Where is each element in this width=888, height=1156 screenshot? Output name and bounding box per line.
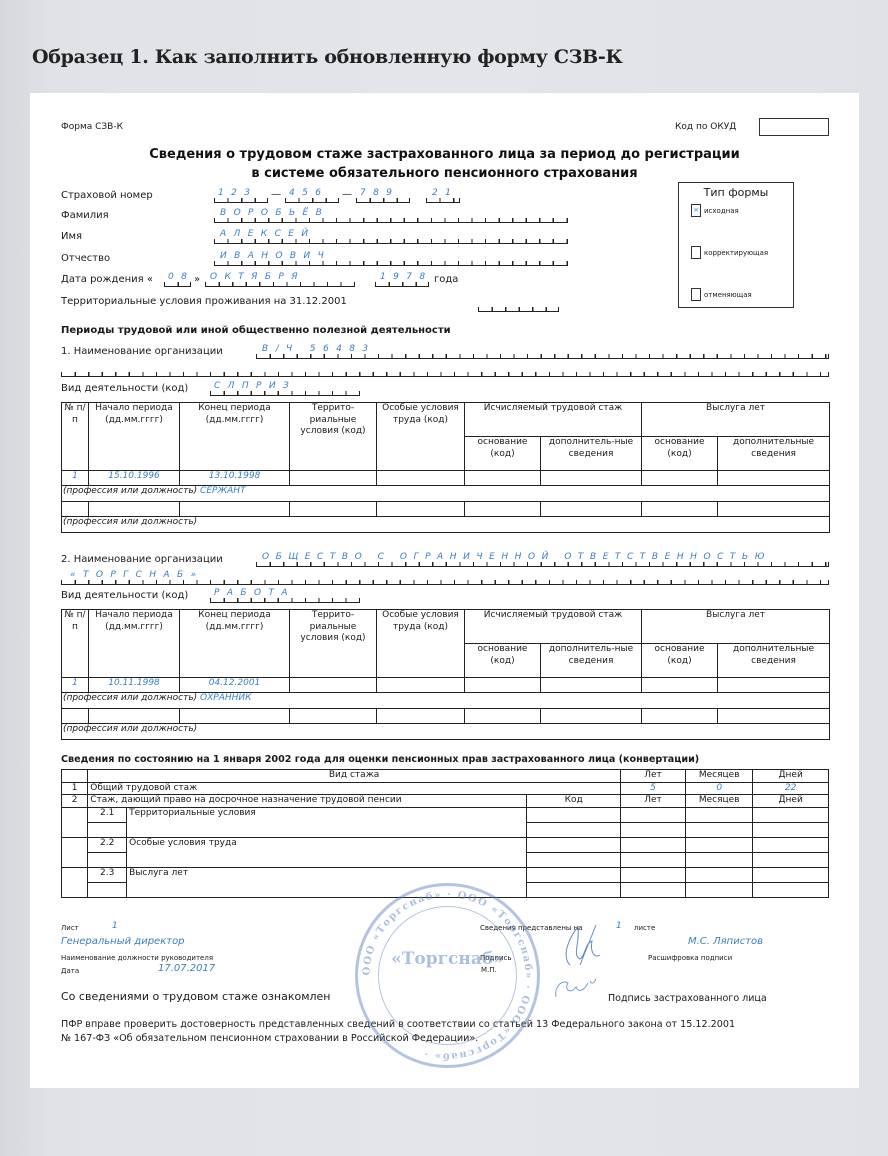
- org2-activity-label: Вид деятельности (код): [61, 590, 188, 601]
- insurance-number-label: Страховой номер: [61, 190, 153, 201]
- table-row: [62, 709, 830, 724]
- insurance-number-part-2: 456: [289, 188, 328, 198]
- table-row: 2.3 Выслуга лет: [62, 867, 829, 882]
- insurance-number-part-3: 789: [360, 188, 399, 198]
- cell-num[interactable]: 1: [62, 471, 89, 486]
- cell-basis[interactable]: [465, 471, 541, 486]
- form-sheet: Форма СЗВ-К Код по ОКУД Сведения о трудо…: [30, 93, 859, 1088]
- table-row: 1 15.10.1996 13.10.1998: [62, 471, 830, 486]
- insurance-number-separator: —: [342, 189, 352, 200]
- subrow-num: 2.2: [88, 837, 127, 852]
- row-num: 1: [62, 782, 88, 795]
- profession-value: ОХРАННИК: [200, 693, 252, 703]
- signature-label: Подпись: [480, 954, 512, 962]
- header-seniority-basis: основание (код): [642, 437, 718, 471]
- header-num-empty: [62, 770, 88, 783]
- conversion-table: Вид стажа Лет Месяцев Дней 1 Общий трудо…: [61, 769, 829, 898]
- header-start: Начало периода (дд.мм.гггг): [89, 610, 180, 678]
- header-territorial: Террито-риальные условия (код): [290, 610, 377, 678]
- date-label: Дата: [61, 967, 79, 975]
- birth-year-suffix: года: [434, 274, 458, 285]
- cell-code[interactable]: [527, 882, 621, 897]
- cell-end[interactable]: 04.12.2001: [180, 678, 290, 693]
- position-value[interactable]: Генеральный директор: [61, 936, 185, 947]
- org1-name-value: В/Ч 56483: [262, 344, 375, 354]
- header-num: № п/п: [62, 610, 89, 678]
- table-row: 2 Стаж, дающий право на досрочное назнач…: [62, 795, 829, 808]
- subrow-num: 2.1: [88, 807, 127, 822]
- cell-code[interactable]: [527, 852, 621, 867]
- cell-seniority-additional[interactable]: [718, 678, 830, 693]
- page-heading: Образец 1. Как заполнить обновленную фор…: [32, 46, 622, 68]
- row-num-empty: [62, 867, 88, 897]
- insured-signature-icon: [550, 973, 600, 1003]
- profession-row: (профессия или должность) ОХРАННИК: [62, 693, 830, 709]
- profession-label: (профессия или должность): [63, 517, 197, 527]
- subrow-label: Территориальные условия: [127, 807, 527, 837]
- cell-basis[interactable]: [465, 678, 541, 693]
- subrow-num-empty: [88, 882, 127, 897]
- header-calc-stage: Исчисляемый трудовой стаж: [465, 403, 642, 437]
- signer-name[interactable]: М.С. Ляпистов: [688, 936, 763, 947]
- org1-activity-label: Вид деятельности (код): [61, 383, 188, 394]
- acknowledged-text: Со сведениями о трудовом стаже ознакомле…: [61, 990, 331, 1003]
- cell-special[interactable]: [377, 471, 465, 486]
- cell-seniority-additional[interactable]: [718, 502, 830, 517]
- cell-end[interactable]: [180, 709, 290, 724]
- profession-row: (профессия или должность) СЕРЖАНТ: [62, 486, 830, 502]
- cell-num[interactable]: [62, 709, 89, 724]
- org1-activity-value: СЛПРИЗ: [214, 381, 296, 391]
- header-years: Лет: [620, 770, 685, 783]
- row-num: 2: [62, 795, 88, 808]
- table-row: [62, 502, 830, 517]
- form-type-checkbox-original[interactable]: ×: [691, 204, 701, 217]
- cell-days[interactable]: [753, 822, 829, 837]
- insurance-number-separator: —: [271, 189, 281, 200]
- profession-cell[interactable]: (профессия или должность): [62, 724, 830, 740]
- profession-value: СЕРЖАНТ: [200, 486, 246, 496]
- cell-years[interactable]: [620, 807, 685, 822]
- name-label: Имя: [61, 231, 82, 242]
- cell-additional[interactable]: [541, 678, 642, 693]
- check-mark-icon: ×: [693, 206, 699, 214]
- table-row: 2.2 Особые условия труда: [62, 837, 829, 852]
- form-title-line1: Сведения о трудовом стаже застрахованног…: [30, 147, 859, 162]
- legal-note-line2: № 167-ФЗ «Об обязательном пенсионном стр…: [61, 1033, 478, 1044]
- header-calc-stage: Исчисляемый трудовой стаж: [465, 610, 642, 644]
- table-row: 1 Общий трудовой стаж 5 0 22: [62, 782, 829, 795]
- header-seniority: Выслуга лет: [642, 610, 830, 644]
- date-value[interactable]: 17.07.2017: [158, 963, 215, 974]
- cell-start[interactable]: [89, 502, 180, 517]
- insurance-number-part-4: 21: [432, 188, 458, 198]
- cell-special[interactable]: [377, 502, 465, 517]
- territorial-conditions-label: Территориальные условия проживания на 31…: [61, 296, 347, 307]
- cell-months[interactable]: [686, 852, 753, 867]
- profession-label: (профессия или должность): [63, 693, 197, 703]
- surname-label: Фамилия: [61, 210, 109, 221]
- okud-label: Код по ОКУД: [675, 122, 736, 132]
- cell-years[interactable]: [620, 867, 685, 882]
- signer-label: Расшифровка подписи: [648, 954, 732, 962]
- cell-years[interactable]: [620, 882, 685, 897]
- cell-code[interactable]: [527, 867, 621, 882]
- profession-row: (профессия или должность): [62, 724, 830, 740]
- header-code: Код: [527, 795, 621, 808]
- cell-territorial[interactable]: [290, 678, 377, 693]
- patronymic-label: Отчество: [61, 253, 110, 264]
- header-additional: дополнитель-ные сведения: [541, 644, 642, 678]
- subrow-num: 2.3: [88, 867, 127, 882]
- header-end: Конец периода (дд.мм.гггг): [180, 403, 290, 471]
- cell-code[interactable]: [527, 807, 621, 822]
- cell-months[interactable]: [686, 867, 753, 882]
- name-value: АЛЕКСЕЙ: [220, 229, 316, 239]
- header-months: Месяцев: [686, 770, 753, 783]
- profession-cell[interactable]: (профессия или должность) СЕРЖАНТ: [62, 486, 830, 502]
- header-additional: дополнитель-ные сведения: [541, 437, 642, 471]
- cell-end[interactable]: 13.10.1998: [180, 471, 290, 486]
- birth-year-value: 1978: [380, 272, 433, 282]
- cell-months[interactable]: [686, 807, 753, 822]
- cell-days[interactable]: [753, 882, 829, 897]
- stamp-place-label: М.П.: [481, 966, 497, 974]
- cell-months[interactable]: [686, 882, 753, 897]
- header-kind: Вид стажа: [88, 770, 621, 783]
- okud-field[interactable]: [759, 118, 829, 136]
- profession-row: (профессия или должность): [62, 517, 830, 533]
- header-end: Конец периода (дд.мм.гггг): [180, 610, 290, 678]
- cell-start[interactable]: [89, 709, 180, 724]
- cell-territorial[interactable]: [290, 471, 377, 486]
- header-basis: основание (код): [465, 437, 541, 471]
- cell-years[interactable]: [620, 837, 685, 852]
- patronymic-value: ИВАНОВИЧ: [220, 251, 331, 261]
- org2-name-value-line1: ОБЩЕСТВО С ОГРАНИЧЕННОЙ ОТВЕТСТВЕННОСТЬЮ: [262, 552, 771, 562]
- form-title-line2: в системе обязательного пенсионного стра…: [30, 166, 859, 181]
- sheet-label: Лист: [61, 924, 79, 932]
- cell-additional[interactable]: [541, 709, 642, 724]
- form-name: Форма СЗВ-К: [61, 122, 123, 132]
- cell-days[interactable]: [753, 852, 829, 867]
- header-years: Лет: [620, 795, 685, 808]
- org1-name-field-line2[interactable]: [61, 369, 829, 377]
- submitted-label: Сведения представлены на: [480, 924, 583, 932]
- header-num: № п/п: [62, 403, 89, 471]
- profession-cell[interactable]: (профессия или должность) ОХРАННИК: [62, 693, 830, 709]
- territorial-conditions-field[interactable]: [478, 304, 559, 312]
- cell-special[interactable]: [377, 678, 465, 693]
- profession-cell[interactable]: (профессия или должность): [62, 517, 830, 533]
- form-type-checkbox-cancelling[interactable]: [691, 288, 701, 301]
- cell-months[interactable]: [686, 822, 753, 837]
- cell-num[interactable]: [62, 502, 89, 517]
- row-num-empty: [62, 837, 88, 867]
- birth-quote-close: »: [194, 274, 200, 285]
- row-label: Общий трудовой стаж: [88, 782, 621, 795]
- form-type-box: Тип формы × исходная корректирующая отме…: [678, 182, 794, 308]
- org2-activity-value: РАБОТА: [214, 588, 295, 598]
- subrow-num-empty: [88, 822, 127, 837]
- insurance-number-part-1: 123: [218, 188, 257, 198]
- org2-name-label: 2. Наименование организации: [61, 554, 223, 565]
- header-seniority-additional: дополнительные сведения: [718, 644, 830, 678]
- total-months[interactable]: 0: [686, 782, 753, 795]
- cell-start[interactable]: 10.11.1998: [89, 678, 180, 693]
- row-num-empty: [62, 807, 88, 837]
- header-months: Месяцев: [686, 795, 753, 808]
- header-seniority-additional: дополнительные сведения: [718, 437, 830, 471]
- surname-value: ВОРОБЬЁВ: [220, 208, 329, 218]
- insured-signature-label: Подпись застрахованного лица: [608, 993, 767, 1004]
- header-days: Дней: [753, 795, 829, 808]
- subrow-label: Особые условия труда: [127, 837, 527, 867]
- cell-days[interactable]: [753, 807, 829, 822]
- form-type-title: Тип формы: [679, 186, 793, 199]
- cell-basis[interactable]: [465, 709, 541, 724]
- form-type-label-corrective: корректирующая: [704, 249, 768, 257]
- cell-code[interactable]: [527, 837, 621, 852]
- header-start: Начало периода (дд.мм.гггг): [89, 403, 180, 471]
- cell-end[interactable]: [180, 502, 290, 517]
- cell-days[interactable]: [753, 837, 829, 852]
- cell-num[interactable]: 1: [62, 678, 89, 693]
- cell-basis[interactable]: [465, 502, 541, 517]
- position-label: Наименование должности руководителя: [61, 954, 213, 962]
- header-seniority-basis: основание (код): [642, 644, 718, 678]
- form-type-checkbox-corrective[interactable]: [691, 246, 701, 259]
- legal-note-line1: ПФР вправе проверить достоверность предс…: [61, 1019, 735, 1030]
- subrow-label: Выслуга лет: [127, 867, 527, 897]
- cell-seniority-additional[interactable]: [718, 709, 830, 724]
- cell-code[interactable]: [527, 822, 621, 837]
- header-days: Дней: [753, 770, 829, 783]
- cell-years[interactable]: [620, 822, 685, 837]
- cell-special[interactable]: [377, 709, 465, 724]
- table-row: 2.1 Территориальные условия: [62, 807, 829, 822]
- cell-years[interactable]: [620, 852, 685, 867]
- header-seniority: Выслуга лет: [642, 403, 830, 437]
- cell-additional[interactable]: [541, 471, 642, 486]
- org2-periods-table: № п/п Начало периода (дд.мм.гггг) Конец …: [61, 609, 830, 740]
- cell-months[interactable]: [686, 837, 753, 852]
- form-type-label-cancelling: отменяющая: [704, 291, 752, 299]
- cell-days[interactable]: [753, 867, 829, 882]
- cell-start[interactable]: 15.10.1996: [89, 471, 180, 486]
- birth-month-value: ОКТЯБРЯ: [210, 272, 305, 282]
- cell-seniority-basis[interactable]: [642, 678, 718, 693]
- org1-periods-table: № п/п Начало периода (дд.мм.гггг) Конец …: [61, 402, 830, 533]
- header-territorial: Террито-риальные условия (код): [290, 403, 377, 471]
- birth-date-label: Дата рождения «: [61, 274, 153, 285]
- row-label: Стаж, дающий право на досрочное назначен…: [88, 795, 527, 808]
- birth-day-value: 08: [168, 272, 194, 282]
- cell-territorial[interactable]: [290, 502, 377, 517]
- conversion-title: Сведения по состоянию на 1 января 2002 г…: [61, 754, 699, 765]
- table-row: 1 10.11.1998 04.12.2001: [62, 678, 830, 693]
- profession-label: (профессия или должность): [63, 724, 197, 734]
- cell-seniority-basis[interactable]: [642, 502, 718, 517]
- header-basis: основание (код): [465, 644, 541, 678]
- sheet-value[interactable]: 1: [112, 921, 118, 931]
- header-special: Особые условия труда (код): [377, 403, 465, 471]
- cell-seniority-basis[interactable]: [642, 709, 718, 724]
- submitted-suffix: листе: [634, 924, 655, 932]
- subrow-num-empty: [88, 852, 127, 867]
- periods-section-title: Периоды трудовой или иной общественно по…: [61, 325, 451, 336]
- org2-name-value-line2: «ТОРГСНАБ»: [70, 570, 204, 580]
- submitted-value[interactable]: 1: [616, 921, 622, 931]
- org1-name-label: 1. Наименование организации: [61, 346, 223, 357]
- header-special: Особые условия труда (код): [377, 610, 465, 678]
- cell-territorial[interactable]: [290, 709, 377, 724]
- form-type-label-original: исходная: [704, 207, 739, 215]
- total-years[interactable]: 5: [620, 782, 685, 795]
- cell-seniority-additional[interactable]: [718, 471, 830, 486]
- total-days[interactable]: 22: [753, 782, 829, 795]
- cell-additional[interactable]: [541, 502, 642, 517]
- cell-seniority-basis[interactable]: [642, 471, 718, 486]
- profession-label: (профессия или должность): [63, 486, 197, 496]
